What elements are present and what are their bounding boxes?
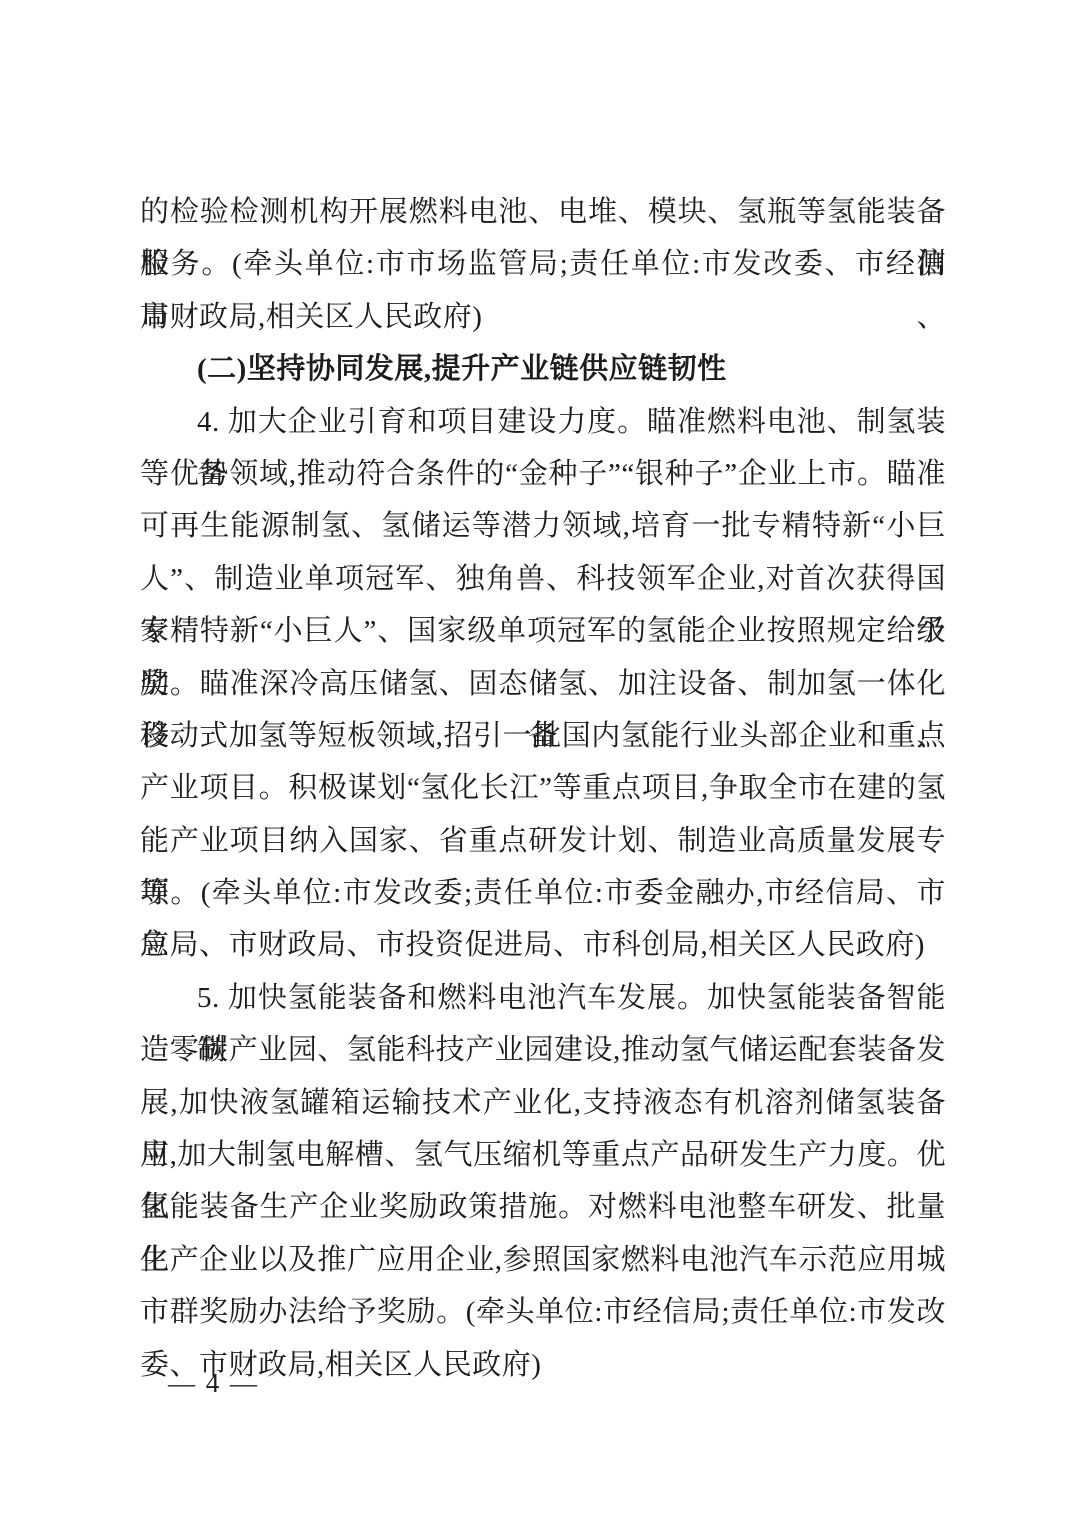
text-line: 专精特新“小巨人”、国家级单项冠军的氢能企业按照规定给予奖: [140, 605, 946, 657]
text-line: 4. 加大企业引育和项目建设力度。瞄准燃料电池、制氢装备: [140, 396, 946, 448]
text-line: 用,加大制氢电解槽、氢气压缩机等重点产品研发生产力度。优化: [140, 1129, 946, 1181]
text-line: 能产业项目纳入国家、省重点研发计划、制造业高质量发展专项: [140, 815, 946, 867]
text-line: 造零碳产业园、氢能科技产业园建设,推动氢气储运配套装备发: [140, 1024, 946, 1076]
text-line: 服务。(牵头单位:市市场监管局;责任单位:市发改委、市经信局、: [140, 238, 946, 290]
document-body: 的检验检测机构开展燃料电池、电堆、模块、氢瓶等氢能装备检测服务。(牵头单位:市市…: [140, 186, 946, 1391]
text-line: 等。(牵头单位:市发改委;责任单位:市委金融办,市经信局、市应: [140, 867, 946, 919]
text-line: 急局、市财政局、市投资促进局、市科创局,相关区人民政府): [140, 919, 946, 971]
text-line: 人”、制造业单项冠军、独角兽、科技领军企业,对首次获得国家级: [140, 553, 946, 605]
text-line: 产业项目。积极谋划“氢化长江”等重点项目,争取全市在建的氢: [140, 762, 946, 814]
text-line: 委、市财政局,相关区人民政府): [140, 1339, 946, 1391]
document-page: 的检验检测机构开展燃料电池、电堆、模块、氢瓶等氢能装备检测服务。(牵头单位:市市…: [0, 0, 1080, 1532]
text-line: 移动式加氢等短板领域,招引一批国内氢能行业头部企业和重点: [140, 710, 946, 762]
text-line: 等优势领域,推动符合条件的“金种子”“银种子”企业上市。瞄准: [140, 448, 946, 500]
text-line: 市群奖励办法给予奖励。(牵头单位:市经信局;责任单位:市发改: [140, 1286, 946, 1338]
text-line: 生产企业以及推广应用企业,参照国家燃料电池汽车示范应用城: [140, 1234, 946, 1286]
text-line: 可再生能源制氢、氢储运等潜力领域,培育一批专精特新“小巨: [140, 500, 946, 552]
page-number: — 4 —: [168, 1363, 259, 1403]
text-line: 的检验检测机构开展燃料电池、电堆、模块、氢瓶等氢能装备检测: [140, 186, 946, 238]
text-line: 展,加快液氢罐箱运输技术产业化,支持液态有机溶剂储氢装备应: [140, 1077, 946, 1129]
section-heading: (二)坚持协同发展,提升产业链供应链韧性: [140, 343, 946, 395]
text-line: 5. 加快氢能装备和燃料电池汽车发展。加快氢能装备智能制: [140, 972, 946, 1024]
text-line: 氢能装备生产企业奖励政策措施。对燃料电池整车研发、批量化: [140, 1181, 946, 1233]
text-line: 励。瞄准深冷高压储氢、固态储氢、加注设备、制加氢一体化设备、: [140, 658, 946, 710]
